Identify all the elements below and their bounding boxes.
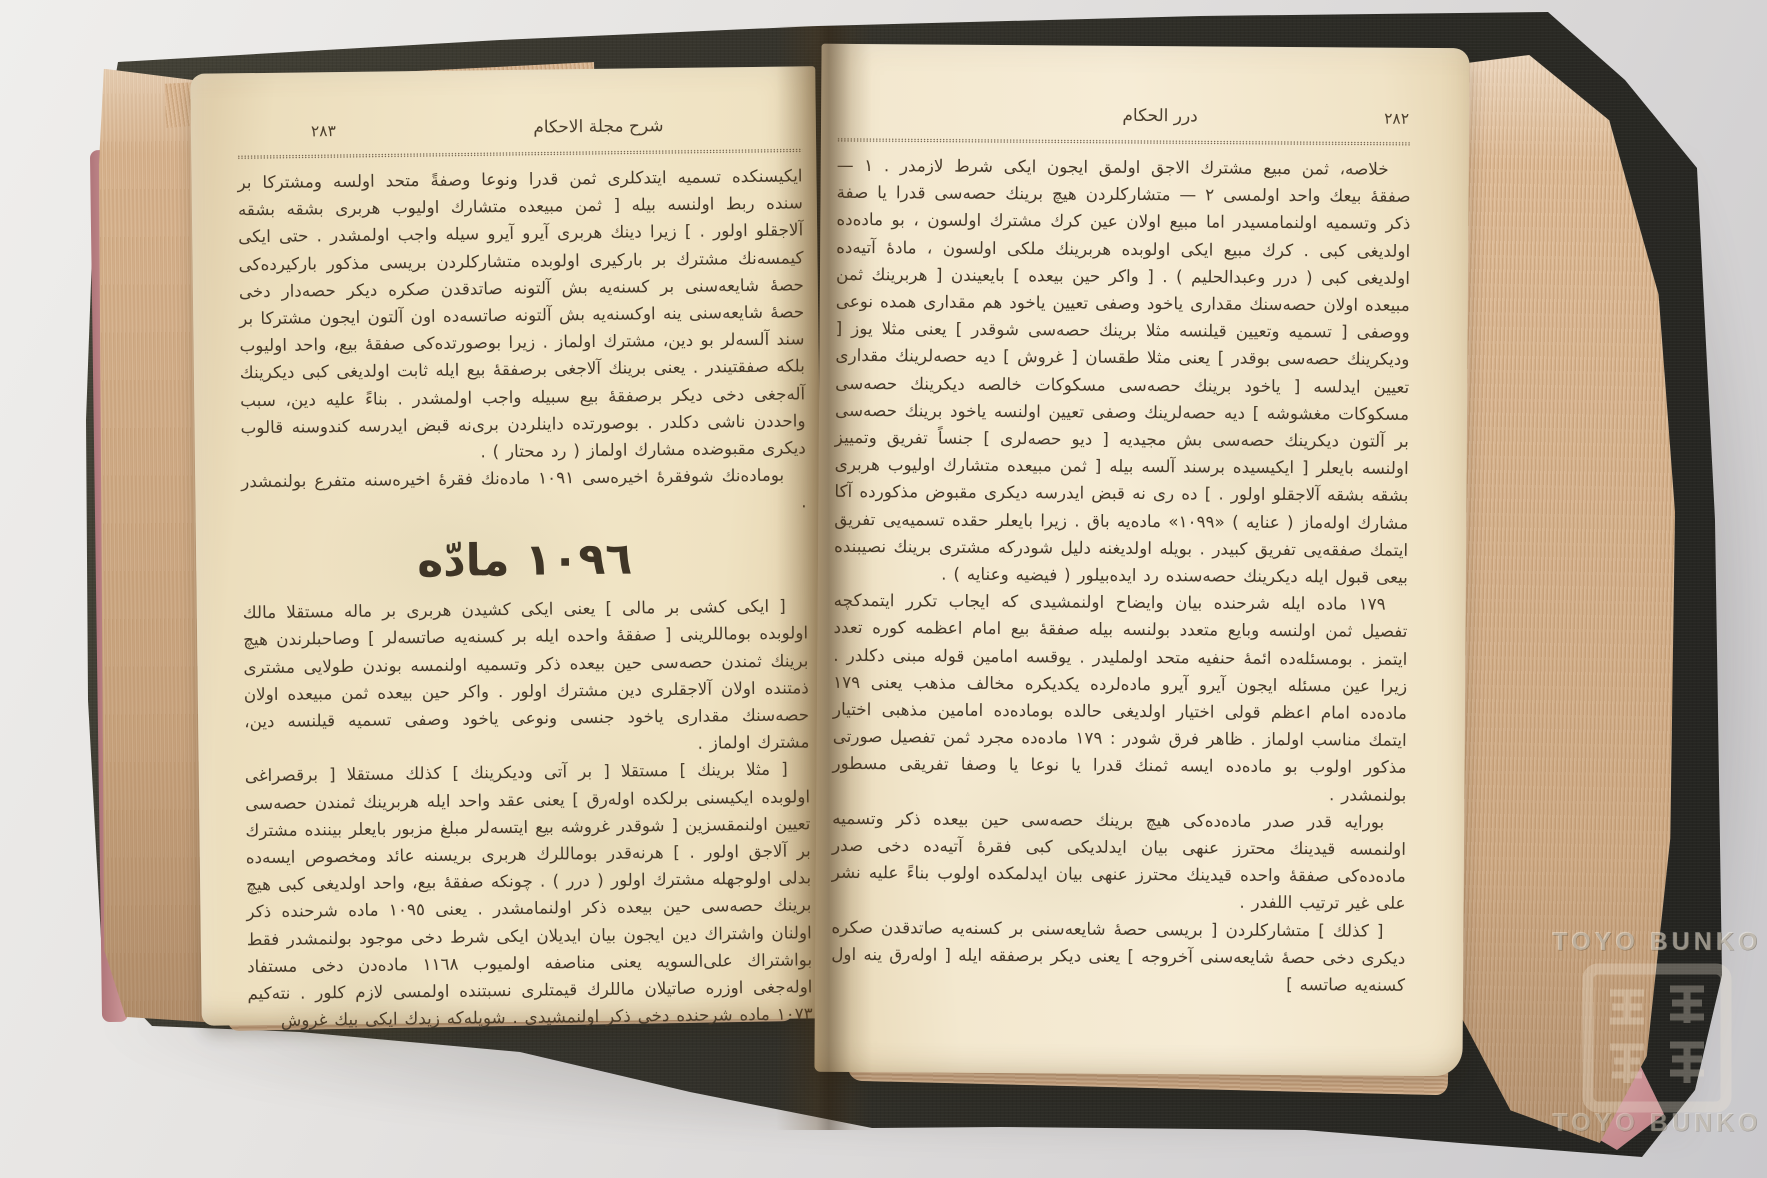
- paragraph: بوماده‌نك شوفقرهٔ اخیره‌سی ١٠٩١ ماده‌نك …: [241, 462, 807, 523]
- right-running-title: درر الحكام: [873, 104, 1447, 128]
- paragraph: [ ایکی کشی بر مالی ] یعنی ایکی کشیدن هرب…: [243, 593, 810, 763]
- paragraph: خلاصه، ثمن مبیع مشترك الاجق اولمق ایجون …: [834, 152, 1411, 591]
- paragraph: ایکیسنکده تسمیه ایتدکلری ثمن قدرا ونوعا …: [237, 162, 806, 468]
- left-page-text-block: ٢٨٣ شرح مجلة الاحكام ایکیسنکده تسمیه ایت…: [237, 114, 813, 1034]
- left-page: ٢٨٣ شرح مجلة الاحكام ایکیسنکده تسمیه ایت…: [190, 66, 827, 1026]
- paragraph: ١٧٩ ماده ایله شرحنده بیان وایضاح اولنمشی…: [832, 587, 1408, 809]
- paragraph: [ مثلا برینك ] مستقلا [ بر آتی ودیکرینك …: [245, 756, 813, 1035]
- right-page: ٢٨٢ درر الحكام خلاصه، ثمن مبیع مشترك الا…: [814, 44, 1469, 1076]
- paragraph: [ کذلك ] متشارکلردن [ بریسی حصهٔ شایعه‌س…: [831, 914, 1406, 1000]
- photo-backdrop: ٢٨٣ شرح مجلة الاحكام ایکیسنکده تسمیه ایت…: [0, 0, 1767, 1178]
- article-1096-heading: ١٠٩٦ مادّه: [242, 532, 808, 589]
- right-page-header: ٢٨٢ درر الحكام: [837, 104, 1411, 140]
- left-running-title: شرح مجلة الاحكام: [316, 113, 881, 140]
- right-page-text-block: ٢٨٢ درر الحكام خلاصه، ثمن مبیع مشترك الا…: [831, 104, 1411, 999]
- paragraph: بورایه قدر صدر ماده‌ده‌کی هیچ برینك حصه‌…: [832, 805, 1407, 918]
- left-page-header: ٢٨٣ شرح مجلة الاحكام: [237, 114, 802, 153]
